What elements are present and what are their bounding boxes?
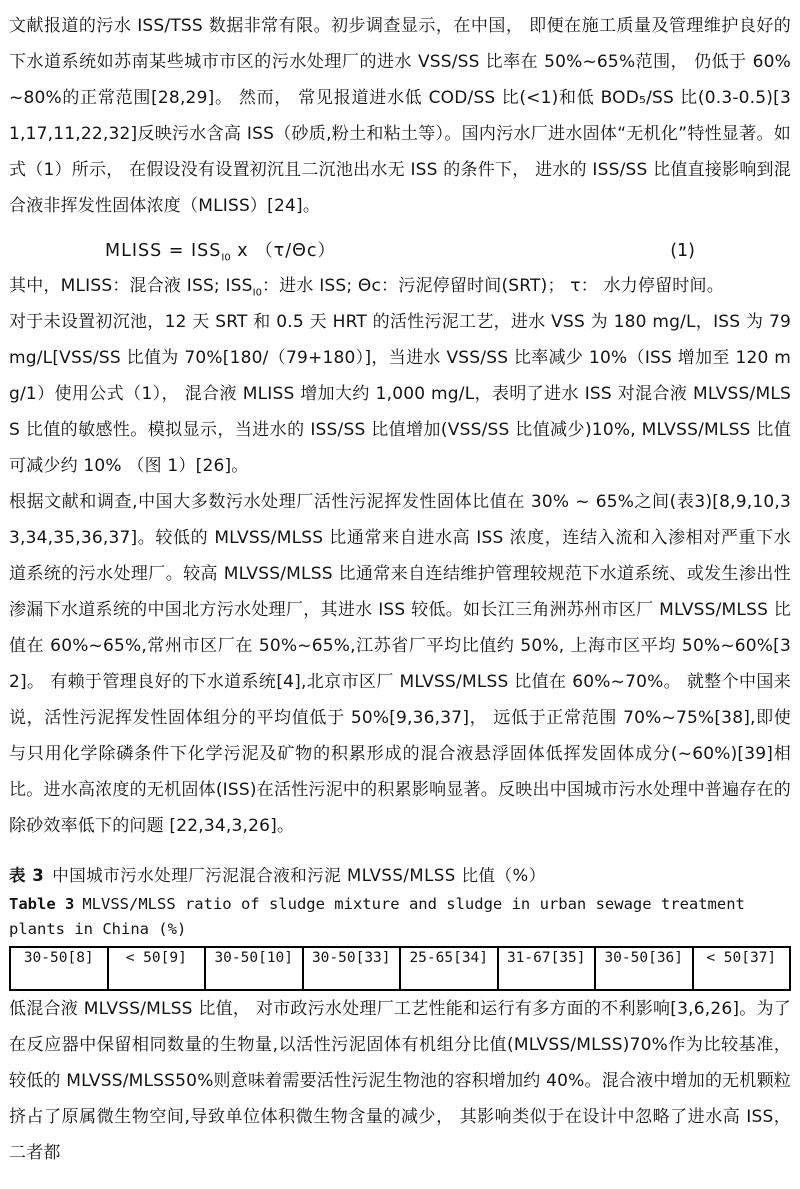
legend-pre: 其中，MLISS：混合液 ISS; ISS bbox=[9, 276, 253, 296]
table-cell: < 50[9] bbox=[108, 947, 206, 990]
table-label-en: Table 3 bbox=[9, 895, 74, 913]
paragraph-survey: 根据文献和调查,中国大多数污水处理厂活性污泥挥发性固体比值在 30% ~ 65%… bbox=[9, 484, 791, 844]
table-cell: 30-50[36] bbox=[595, 947, 693, 990]
table-cell: 30-50[8] bbox=[10, 947, 108, 990]
table-cell: < 50[37] bbox=[693, 947, 791, 990]
paragraph-simulation: 对于未设置初沉池，12 天 SRT 和 0.5 天 HRT 的活性污泥工艺，进水… bbox=[9, 304, 791, 484]
table-title-zh: 中国城市污水处理厂污泥混合液和污泥 MLVSS/MLSS 比值（%） bbox=[52, 866, 545, 885]
equation-1: MLISS = ISSI0 x （τ/Θc） (1) bbox=[9, 234, 791, 268]
table-cell: 25-65[34] bbox=[400, 947, 498, 990]
table-cell: 30-50[10] bbox=[205, 947, 303, 990]
table-caption-en: Table 3MLVSS/MLSS ratio of sludge mixtur… bbox=[9, 892, 791, 942]
mlvss-mlss-table: 30-50[8] < 50[9] 30-50[10] 30-50[33] 25-… bbox=[9, 946, 791, 991]
equation-rhs: x （τ/Θc） bbox=[231, 241, 336, 261]
table-caption-zh: 表 3中国城市污水处理厂污泥混合液和污泥 MLVSS/MLSS 比值（%） bbox=[9, 862, 791, 889]
legend-post: ：进水 ISS; Θc：污泥停留时间(SRT)； τ： 水力停留时间。 bbox=[262, 276, 724, 296]
table-row: 30-50[8] < 50[9] 30-50[10] 30-50[33] 25-… bbox=[10, 947, 790, 990]
equation-number: (1) bbox=[670, 234, 695, 268]
paragraph-impact: 低混合液 MLVSS/MLSS 比值， 对市政污水处理厂工艺性能和运行有多方面的… bbox=[9, 991, 791, 1171]
equation-expression: MLISS = ISSI0 x （τ/Θc） bbox=[105, 234, 336, 268]
paragraph-intro: 文献报道的污水 ISS/TSS 数据非常有限。初步调查显示，在中国， 即便在施工… bbox=[9, 8, 791, 224]
equation-legend: 其中，MLISS：混合液 ISS; ISSI0：进水 ISS; Θc：污泥停留时… bbox=[9, 268, 791, 304]
equation-subscript: I0 bbox=[221, 253, 230, 264]
table-cell: 30-50[33] bbox=[303, 947, 401, 990]
equation-lhs: MLISS = ISS bbox=[105, 241, 221, 261]
table-title-en: MLVSS/MLSS ratio of sludge mixture and s… bbox=[9, 895, 745, 938]
table-cell: 31-67[35] bbox=[498, 947, 596, 990]
table-label-zh: 表 3 bbox=[9, 866, 44, 885]
document-page: 文献报道的污水 ISS/TSS 数据非常有限。初步调查显示，在中国， 即便在施工… bbox=[0, 0, 800, 1189]
legend-subscript: I0 bbox=[253, 287, 262, 298]
